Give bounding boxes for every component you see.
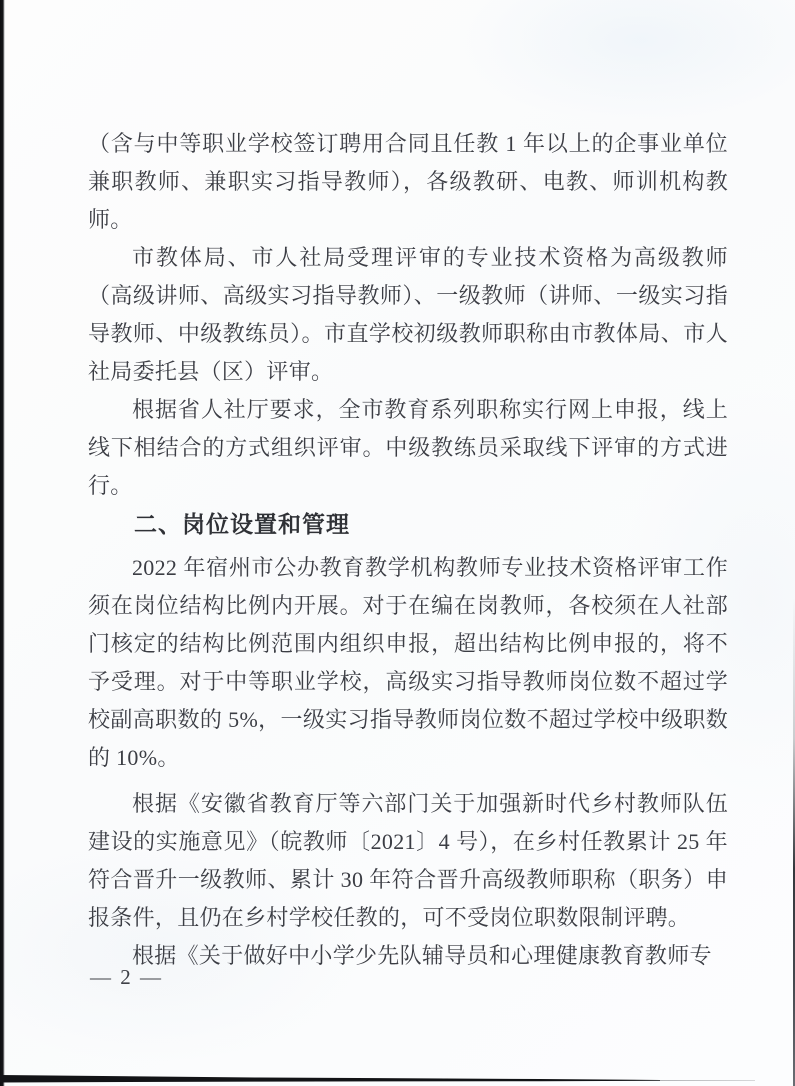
scanned-document-page: （含与中等职业学校签订聘用合同且任教 1 年以上的企事业单位兼职教师、兼职实习指…: [0, 0, 795, 1086]
paragraph: 根据省人社厅要求，全市教育系列职称实行网上申报，线上线下相结合的方式组织评审。中…: [88, 391, 728, 505]
paragraph: 市教体局、市人社局受理评审的专业技术资格为高级教师（高级讲师、高级实习指导教师）…: [88, 239, 728, 391]
paragraph: 2022 年宿州市公办教育教学机构教师专业技术资格评审工作须在岗位结构比例内开展…: [88, 549, 728, 777]
paragraph: 根据《安徽省教育厅等六部门关于加强新时代乡村教师队伍建设的实施意见》（皖教师〔2…: [88, 785, 728, 937]
paragraph-cutoff: 根据《关于做好中小学少先队辅导员和心理健康教育教师专: [88, 937, 728, 975]
scan-edge-bottom: [0, 1070, 795, 1086]
section-heading: 二、岗位设置和管理: [88, 505, 728, 543]
scan-edge-left: [0, 0, 5, 1086]
document-body: （含与中等职业学校签订聘用合同且任教 1 年以上的企事业单位兼职教师、兼职实习指…: [88, 0, 728, 975]
page-number: — 2 —: [90, 962, 163, 992]
paragraph-continued: （含与中等职业学校签订聘用合同且任教 1 年以上的企事业单位兼职教师、兼职实习指…: [88, 125, 728, 239]
